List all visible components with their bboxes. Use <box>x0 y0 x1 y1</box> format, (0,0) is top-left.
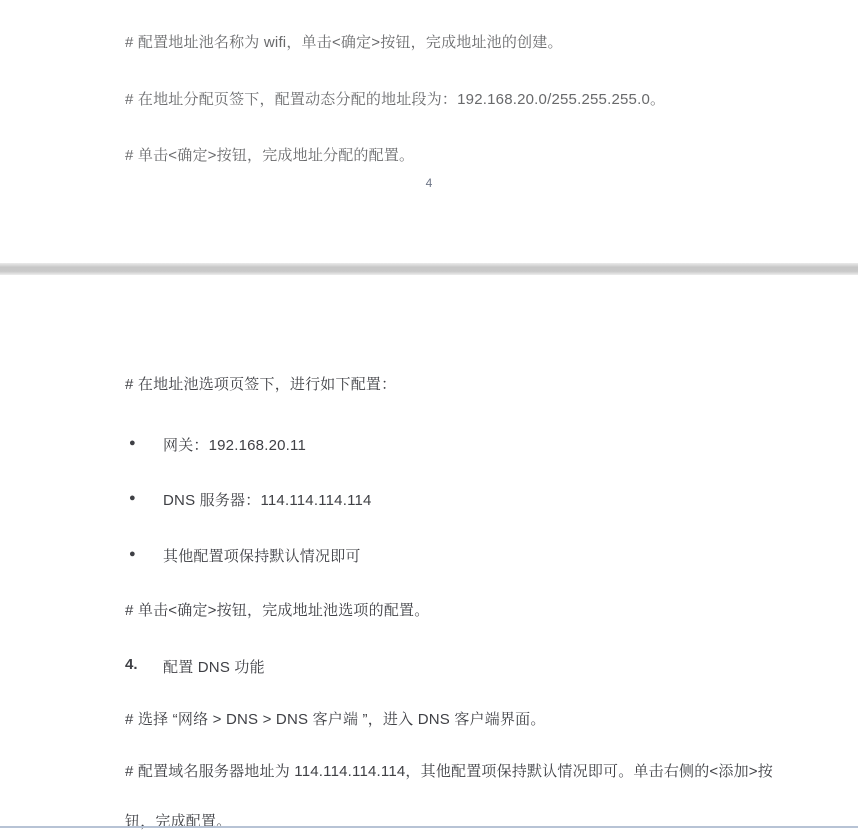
bullet-dns-server-text: DNS 服务器：114.114.114.114 <box>163 491 372 510</box>
paragraph-address-allocation: # 在地址分配页签下，配置动态分配的地址段为：192.168.20.0/255.… <box>125 90 665 109</box>
paragraph-address-pool-create: # 配置地址池名称为 wifi，单击<确定>按钮，完成地址池的创建。 <box>125 33 563 52</box>
bullet-dot-icon: ● <box>129 437 136 449</box>
bullet-dot-icon: ● <box>129 548 136 560</box>
step-number: 4. <box>125 656 138 673</box>
bullet-gateway-text: 网关：192.168.20.11 <box>163 436 306 455</box>
paragraph-pool-options-intro: # 在地址池选项页签下，进行如下配置： <box>125 375 396 394</box>
paragraph-select-dns-client: # 选择 “网络 > DNS > DNS 客户端 ”，进入 DNS 客户端界面。 <box>125 710 546 729</box>
page-break-divider <box>0 263 858 275</box>
step-title: 配置 DNS 功能 <box>163 656 265 677</box>
paragraph-configure-dns-address-line1: # 配置域名服务器地址为 114.114.114.114，其他配置项保持默认情况… <box>125 762 773 781</box>
paragraph-confirm-pool-options: # 单击<确定>按钮，完成地址池选项的配置。 <box>125 601 429 620</box>
page-number: 4 <box>0 176 858 190</box>
document-viewer: # 配置地址池名称为 wifi，单击<确定>按钮，完成地址池的创建。 # 在地址… <box>0 0 858 830</box>
viewport-bottom-edge-line <box>0 826 858 828</box>
bullet-defaults-text: 其他配置项保持默认情况即可 <box>163 547 361 566</box>
bullet-dot-icon: ● <box>129 492 136 504</box>
paragraph-confirm-allocation: # 单击<确定>按钮，完成地址分配的配置。 <box>125 146 414 165</box>
